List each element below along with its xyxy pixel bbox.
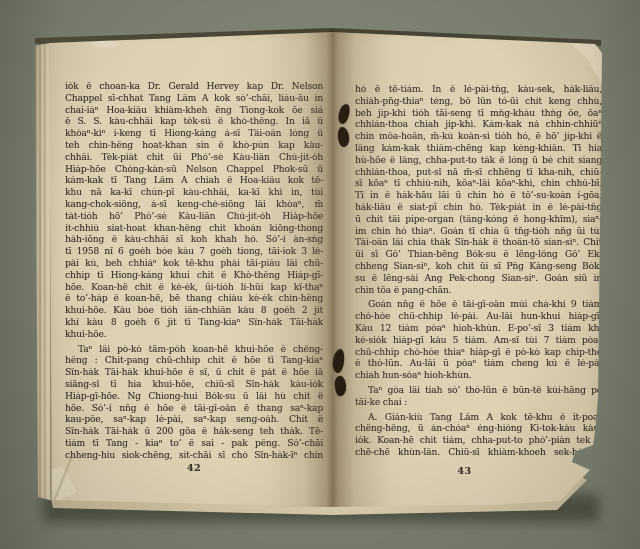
text-line: tiám tī Tang - kiaⁿ to’ ê sai - pak pêng…	[65, 439, 323, 451]
paragraph: Goán nn̄g ê hōe ê tāi-gī-oân múi chá-khí…	[355, 300, 602, 383]
text-line: Goán nn̄g ê hōe ê tāi-gī-oân múi chá-khí…	[355, 300, 602, 312]
page-left: io̍k ê choan-ka Dr. Gerald Hervey kap Dr…	[35, 28, 332, 514]
text-line: ê thó-lūn. Āu-lâi ū pòaⁿ tiám cheng kú ê…	[355, 359, 602, 371]
text-line: hù-hōe ê lâng, chha-put-to ta̍k ê lóng ū…	[355, 156, 602, 168]
text-line: kau-pôe, saⁿ-kap lé-pài, saⁿ-kap seng-oa…	[65, 415, 323, 427]
paragraph: io̍k ê choan-ka Dr. Gerald Hervey kap Dr…	[65, 82, 323, 342]
text-line: chhip tī Hiong-káng khui chit ê Khò-thên…	[65, 271, 323, 283]
text-line: hêng : Chit-pang chū-chhip chit ê hōe tī…	[65, 356, 323, 368]
text-line: khu nā ka-kī chún-pī kàu-chhâi, ka-kī kh…	[65, 188, 323, 200]
text-line: ū chi̍t tâi pipe-organ (tâng-kóng ê hong…	[355, 215, 602, 227]
text-line: Taⁿ góa lâi tiah só’ thó-lūn ê būn-tê kú…	[355, 386, 602, 398]
text-line: Kàu 12 tiám pòaⁿ hioh-khùn. Ē-po’-sî 3 t…	[355, 324, 602, 336]
paragraph: Taⁿ góa lâi tiah só’ thó-lūn ê būn-tê kú…	[355, 386, 602, 410]
text-line: it-chhiú siat-hoat khan-hêng chit khoán …	[65, 224, 323, 236]
text-line: chheng Sian-siⁿ, koh chi̍t ūi sī Pn̂g Kà…	[355, 262, 602, 274]
text-line: hōe. Só’-í nn̄g ê hōe ê tāi-gī-oân ē tha…	[65, 404, 323, 416]
text-line: kang-chok-siōng, á-sī keng-chè-siōng lâi…	[65, 200, 323, 212]
text-line: ha̍k-liâu ê siat-pī chin hó. Te̍k-pia̍t …	[355, 203, 602, 215]
text-line: Tâi-oân lâi chia tha̍k Sîn-ha̍k ê thoân-…	[355, 238, 602, 250]
text-line: tī 1958 nî 6 goe̍h bóe kàu 7 goe̍h tiong…	[65, 247, 323, 259]
paragraph: Taⁿ lâi pò-kò tām-po̍h koan-hē khui-hōe …	[65, 345, 323, 463]
text-line: teh chìn-hêng hoat-khan sin ê khò-pún ka…	[65, 141, 323, 153]
text-line: io̍k. Koan-hē chit tiám, chha-put-to phó…	[355, 436, 602, 448]
text-line: chin tōa ê pang-chān.	[355, 286, 602, 298]
page-number-left: 42	[65, 463, 323, 474]
text-line: Chappel sī-chhat Tang Lâm A kok só’-chāi…	[65, 94, 323, 106]
paragraph: hó ê tē-tiám. In ê lé-pài-tn̂g, kàu-sek,…	[355, 85, 602, 297]
page-right: hó ê tē-tiám. In ê lé-pài-tn̂g, kàu-sek,…	[332, 28, 607, 520]
text-line: siāng-sî tī hia khui-hōe, chiū-sī Sîn-ha…	[65, 380, 323, 392]
text-line: Sîn-ha̍k Tāi-ha̍k ū 200 gōa ê ha̍k-seng …	[65, 427, 323, 439]
page-text: hó ê tē-tiám. In ê lé-pài-tn̂g, kàu-sek,…	[355, 85, 602, 460]
text-line: chêng-hêng, ū án-chóaⁿ éng-hióng Ki-tok-…	[355, 424, 602, 436]
text-line: chai-iáⁿ Hoa-kiâu khiàm-kheh ēng Tiong-k…	[65, 106, 323, 118]
text-line: ê S. S. kàu-chhâi kap te̍k-sû ê khò-thên…	[65, 117, 323, 129]
text-line: chò-hóe chū-chhip lé-pài. Āu-lâi hun-khu…	[355, 312, 602, 324]
text-line: chin môa-hoân, m̄-kú koàn-sì tio̍h hó, ē…	[355, 132, 602, 144]
text-line: ha̍h-iōng ê kàu-chhâi sī koh khah hó. Só…	[65, 235, 323, 247]
text-line: chē-chē khùn-lân. Chiū-sī khiàm-khoeh se…	[355, 448, 602, 460]
text-line: su ê lēng-sài Âng Pek-chong Sian-siⁿ. Go…	[355, 274, 602, 286]
text-line: khòaⁿ-kìⁿ í-keng tī Hiong-káng á-sī Tâi-…	[65, 129, 323, 141]
text-line: chhián-thoa chiah ji̍p-khì. Kám-kak ná c…	[355, 120, 602, 132]
text-line: A. Gián-kiù Tang Lâm A kok tē-khu ê it-p…	[355, 413, 602, 425]
text-line: im chin hó thiaⁿ. Goán tī chia ū tn̄g-ti…	[355, 227, 602, 239]
text-line: chheng-hiu siok-chēng, si̍t-chāi sī chò …	[65, 451, 323, 463]
text-line: Hia̍p-hōe Chóng-kàn-sū Nelson Chappel Ph…	[65, 165, 323, 177]
text-line: tāi-ke chai :	[355, 398, 602, 410]
text-line: hó ê tē-tiám. In ê lé-pài-tn̂g, kàu-sek,…	[355, 85, 602, 97]
book-photo: io̍k ê choan-ka Dr. Gerald Hervey kap Dr…	[0, 0, 640, 549]
text-line: ê to’-ha̍p ê koan-hē, bē thang chiàu kè-…	[65, 294, 323, 306]
text-line: chia̍h-pn̄g-thiaⁿ téng, bô lūn tó-ūi chi…	[355, 97, 602, 109]
text-line: io̍k ê choan-ka Dr. Gerald Hervey kap Dr…	[65, 82, 323, 94]
text-line: chū-chhip chò-hòe thiaⁿ hia̍p-gī ê pò-kò…	[355, 348, 602, 360]
paragraph: A. Gián-kiù Tang Lâm A kok tē-khu ê it-p…	[355, 413, 602, 460]
text-line: khui-hōe.	[65, 330, 323, 342]
text-line: chiah hun-sòaⁿ hioh-khùn.	[355, 371, 602, 383]
text-line: pài kú, beh chhiáⁿ kok tē-khu phài tāi-p…	[65, 259, 323, 271]
text-line: Sîn-ha̍k Tāi-ha̍k khui-hōe ê sî, ū chi̍t…	[65, 368, 323, 380]
text-line: Taⁿ lâi pò-kò tām-po̍h koan-hē khui-hōe …	[65, 345, 323, 357]
text-line: kè-sio̍k hia̍p-gī kàu 5 tiám. Àm-sî tùi …	[355, 336, 602, 348]
page-number-right: 43	[355, 466, 602, 477]
open-book: io̍k ê choan-ka Dr. Gerald Hervey kap Dr…	[35, 28, 607, 520]
text-line: kám-kak tī Tang Lâm A chiah ê Hoa-kiâu k…	[65, 176, 323, 188]
text-line: chhián-thoa, put-sî nā m̄-sī chhēng tī k…	[355, 168, 602, 180]
text-line: beh ji̍p-khì tio̍h tāi-seng tī mn̂g-kháu…	[355, 109, 602, 121]
page-text: io̍k ê choan-ka Dr. Gerald Hervey kap Dr…	[65, 82, 323, 463]
text-line: chhâi. Te̍k-pia̍t chit ūi Phó’-sè Kàu-li…	[65, 153, 323, 165]
text-line: hōe. Koan-hē chit ê kè-e̍k, ūi-tio̍h lí-…	[65, 283, 323, 295]
text-line: Hia̍p-gī-hōe. Ng Chiong-hui Bo̍k-su ū lâ…	[65, 392, 323, 404]
text-line: ūi sī Gô’ Thian-bēng Bo̍k-su ê lēng-lông…	[355, 250, 602, 262]
text-line: khí kàu 8 goe̍h 6 ji̍t tī Tang-kiaⁿ Sîn-…	[65, 318, 323, 330]
paper-corner-fold	[565, 42, 605, 90]
text-line: lâng kám-kak thiâm-chēng kap kèng-khiân.…	[355, 144, 602, 156]
text-line: ta̍t-tio̍h hō’ Phó’-sè Kàu-liân Chú-ji̍t…	[65, 212, 323, 224]
text-line: Tī in ê ha̍k-hāu lāi ū chin hó ê tô’-su-…	[355, 191, 602, 203]
text-line: sī kōaⁿ tī chhiú-ni̍h, kōaⁿ-lâi kōaⁿ-khì…	[355, 179, 602, 191]
text-line: khui-hōe. Kàu bóe tio̍h iân-chhiân kàu 8…	[65, 306, 323, 318]
